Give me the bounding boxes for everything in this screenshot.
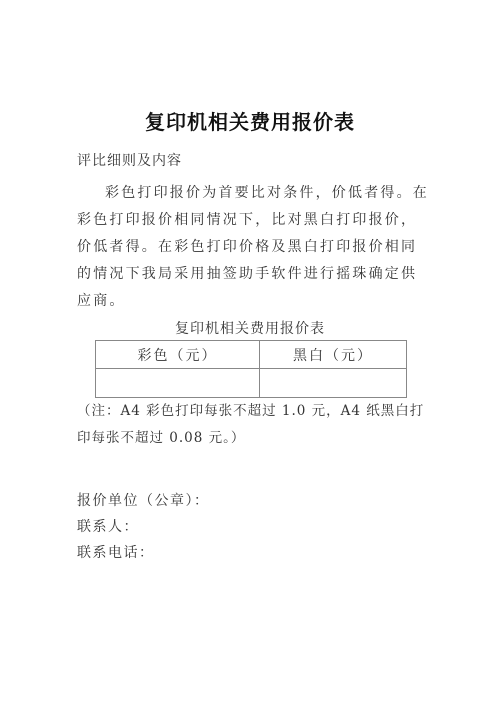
evaluation-paragraph: 彩色打印报价为首要比对条件，价低者得。在彩色打印报价相同情况下，比对黑白打印报价…: [77, 180, 429, 315]
table-row: [96, 369, 407, 398]
header-color-price: 彩色（元）: [96, 341, 260, 369]
field-quoting-unit: 报价单位（公章）：: [77, 490, 210, 510]
price-table: 彩色（元） 黑白（元）: [95, 340, 407, 398]
header-bw-price: 黑白（元）: [260, 341, 407, 369]
cell-bw-price[interactable]: [260, 369, 407, 398]
field-contact-phone: 联系电话：: [77, 542, 155, 562]
table-caption: 复印机相关费用报价表: [0, 318, 500, 338]
section-heading: 评比细则及内容: [77, 150, 182, 170]
field-contact-person: 联系人：: [77, 516, 139, 536]
document-title: 复印机相关费用报价表: [0, 106, 500, 135]
cell-color-price[interactable]: [96, 369, 260, 398]
price-note: （注：A4 彩色打印每张不超过 1.0 元，A4 纸黑白打印每张不超过 0.08…: [77, 398, 429, 452]
table-header-row: 彩色（元） 黑白（元）: [96, 341, 407, 369]
